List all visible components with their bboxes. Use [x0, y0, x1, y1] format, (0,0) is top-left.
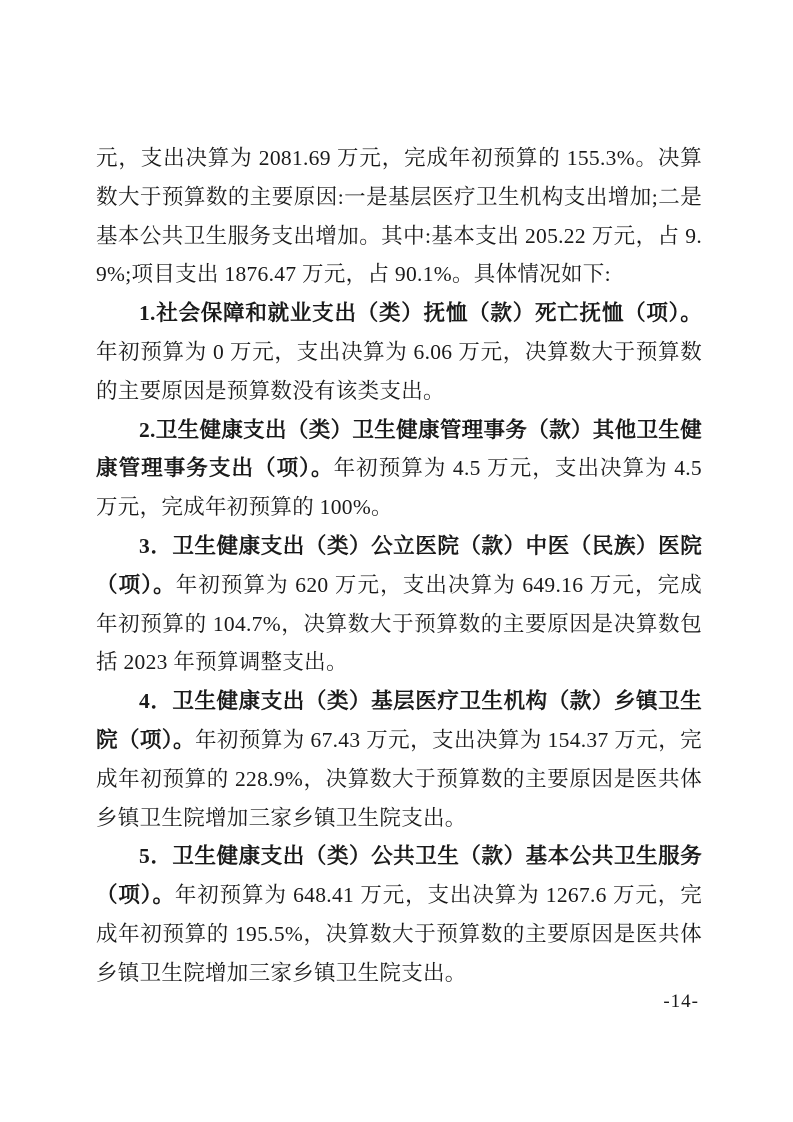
page-number: -14- [663, 991, 699, 1013]
paragraph-continuation: 元，支出决算为 2081.69 万元，完成年初预算的 155.3%。决算数大于预… [96, 139, 702, 294]
paragraph-continuation-text: 元，支出决算为 2081.69 万元，完成年初预算的 155.3%。决算数大于预… [96, 146, 702, 286]
item-1-body-text: 年初预算为 0 万元，支出决算为 6.06 万元，决算数大于预算数的主要原因是预… [96, 340, 702, 403]
document-page: 元，支出决算为 2081.69 万元，完成年初预算的 155.3%。决算数大于预… [0, 0, 793, 1122]
paragraph-item-4: 4．卫生健康支出（类）基层医疗卫生机构（款）乡镇卫生院（项）。年初预算为 67.… [96, 682, 702, 837]
paragraph-item-2: 2.卫生健康支出（类）卫生健康管理事务（款）其他卫生健康管理事务支出（项）。年初… [96, 411, 702, 527]
document-body: 元，支出决算为 2081.69 万元，完成年初预算的 155.3%。决算数大于预… [96, 139, 702, 993]
paragraph-item-5: 5．卫生健康支出（类）公共卫生（款）基本公共卫生服务（项）。年初预算为 648.… [96, 837, 702, 992]
item-5-body-text: 年初预算为 648.41 万元，支出决算为 1267.6 万元，完成年初预算的 … [96, 883, 702, 985]
paragraph-item-3: 3．卫生健康支出（类）公立医院（款）中医（民族）医院（项）。年初预算为 620 … [96, 527, 702, 682]
item-3-body-text: 年初预算为 620 万元，支出决算为 649.16 万元，完成年初预算的 104… [96, 573, 702, 675]
item-1-heading: 1.社会保障和就业支出（类）抚恤（款）死亡抚恤（项）。 [139, 301, 702, 325]
paragraph-item-1: 1.社会保障和就业支出（类）抚恤（款）死亡抚恤（项）。年初预算为 0 万元，支出… [96, 294, 702, 410]
